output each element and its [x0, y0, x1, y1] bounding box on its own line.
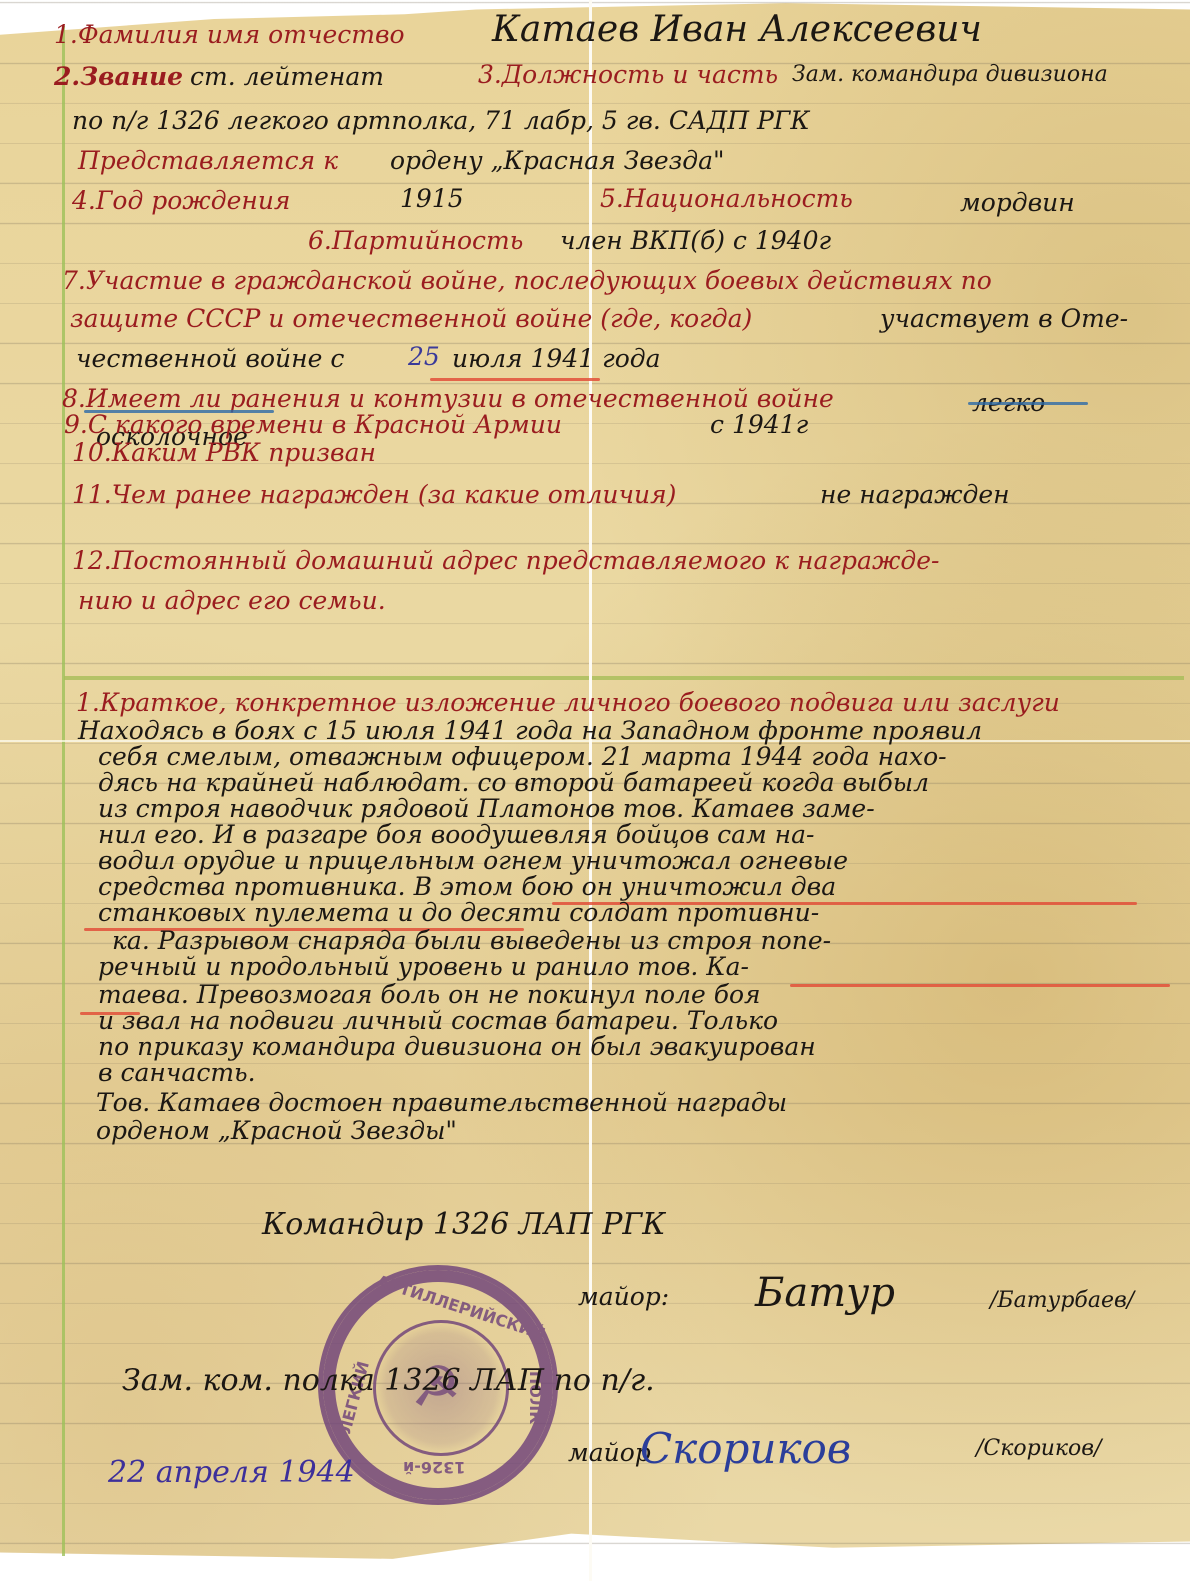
- field-8-label: 8.Имеет ли ранения и контузии в отечеств…: [62, 386, 834, 411]
- narrative-line: средства противника. В этом бою он уничт…: [98, 874, 836, 899]
- red-pencil-underline: [790, 984, 1170, 987]
- field-4-value: 1915: [400, 186, 464, 211]
- field-3-value-a: Зам. командира дивизиона: [792, 64, 1108, 86]
- field-3-value-b: по п/г 1326 легкого артполка, 71 лабр, 5…: [72, 108, 810, 133]
- deputy-name: /Скориков/: [976, 1438, 1101, 1460]
- narrative-line: Тов. Катаев достоен правительственной на…: [96, 1090, 787, 1115]
- narrative-label: 1.Краткое, конкретное изложение личного …: [76, 690, 1060, 715]
- narrative-line: водил орудие и прицельным огнем уничтожа…: [98, 848, 848, 873]
- field-11-value: не награжден: [820, 482, 1010, 507]
- narrative-line: и звал на подвиги личный состав батареи.…: [98, 1008, 778, 1033]
- field-1-label: 1.Фамилия имя отчество: [54, 22, 405, 47]
- stamp-text-bottom: 1326-й: [403, 1458, 465, 1477]
- field-7-value-a: участвует в Оте-: [880, 306, 1128, 331]
- field-7-value-b: чественной войне с: [76, 346, 344, 371]
- field-11-label: 11.Чем ранее награжден (за какие отличия…: [72, 482, 676, 507]
- field-4-label: 4.Год рождения: [72, 188, 290, 213]
- narrative-line: речный и продольный уровень и ранило тов…: [98, 954, 749, 979]
- commander-name: /Батурбаев/: [990, 1290, 1134, 1312]
- field-7-value-c: июля 1941 года: [452, 346, 661, 371]
- field-7-label-b: защите СССР и отечественной войне (где, …: [70, 306, 752, 331]
- narrative-line: нил его. И в разгаре боя воодушевляя бой…: [98, 822, 815, 847]
- red-pencil-underline: [430, 378, 600, 381]
- field-7-day: 25: [408, 344, 440, 369]
- deputy-signature: Скориков: [640, 1424, 851, 1473]
- field-12-label-a: 12.Постоянный домашний адрес представляе…: [72, 548, 939, 573]
- narrative-line: Находясь в боях с 15 июля 1941 года на З…: [78, 718, 982, 743]
- narrative-line: таева. Превозмогая боль он не покинул по…: [98, 982, 761, 1007]
- field-10-label: 10.Каким РВК призван: [72, 440, 376, 465]
- narrative-line: в санчасть.: [98, 1060, 256, 1085]
- margin-line: [62, 26, 65, 1556]
- field-9-label: 9.С какого времени в Красной Армии: [64, 412, 562, 437]
- section-divider: [64, 676, 1184, 680]
- deputy-title: Зам. ком. полка 1326 ЛАП по п/г.: [122, 1366, 655, 1396]
- field-5-value: мордвин: [960, 190, 1075, 215]
- field-1-value: Катаев Иван Алексеевич: [492, 12, 982, 48]
- narrative-line: из строя наводчик рядовой Платонов тов. …: [98, 796, 875, 821]
- nomination-value: ордену „Красная Звезда": [390, 148, 725, 173]
- narrative-line: по приказу командира дивизиона он был эв…: [98, 1034, 816, 1059]
- field-3-label: 3.Должность и часть: [478, 62, 778, 87]
- field-7-label-a: 7.Участие в гражданской войне, последующ…: [62, 268, 992, 293]
- field-5-label: 5.Национальность: [600, 186, 853, 211]
- commander-rank: майор:: [578, 1284, 669, 1309]
- narrative-line: орденом „Красной Звезды": [96, 1118, 457, 1143]
- document-date: 22 апреля 1944: [108, 1458, 355, 1488]
- commander-title: Командир 1326 ЛАП РГК: [262, 1210, 665, 1240]
- nomination-label: Представляется к: [78, 148, 338, 173]
- field-6-label: 6.Партийность: [308, 228, 523, 253]
- narrative-line: ка. Разрывом снаряда были выведены из ст…: [112, 928, 831, 953]
- narrative-line: дясь на крайней наблюдат. со второй бата…: [98, 770, 929, 795]
- field-12-label-b: нию и адрес его семьи.: [78, 588, 386, 613]
- commander-signature: Батур: [755, 1270, 895, 1316]
- narrative-line: себя смелым, отважным офицером. 21 марта…: [98, 744, 947, 769]
- field-2-value: ст. лейтенат: [190, 64, 384, 89]
- blue-pencil-underline: [968, 402, 1088, 405]
- field-9-value: с 1941г: [710, 412, 808, 437]
- field-6-value: член ВКП(б) с 1940г: [560, 228, 831, 253]
- field-2-label: 2.Звание: [54, 64, 183, 89]
- deputy-rank: майор: [568, 1440, 651, 1465]
- narrative-line: станковых пулемета и до десяти солдат пр…: [98, 900, 819, 925]
